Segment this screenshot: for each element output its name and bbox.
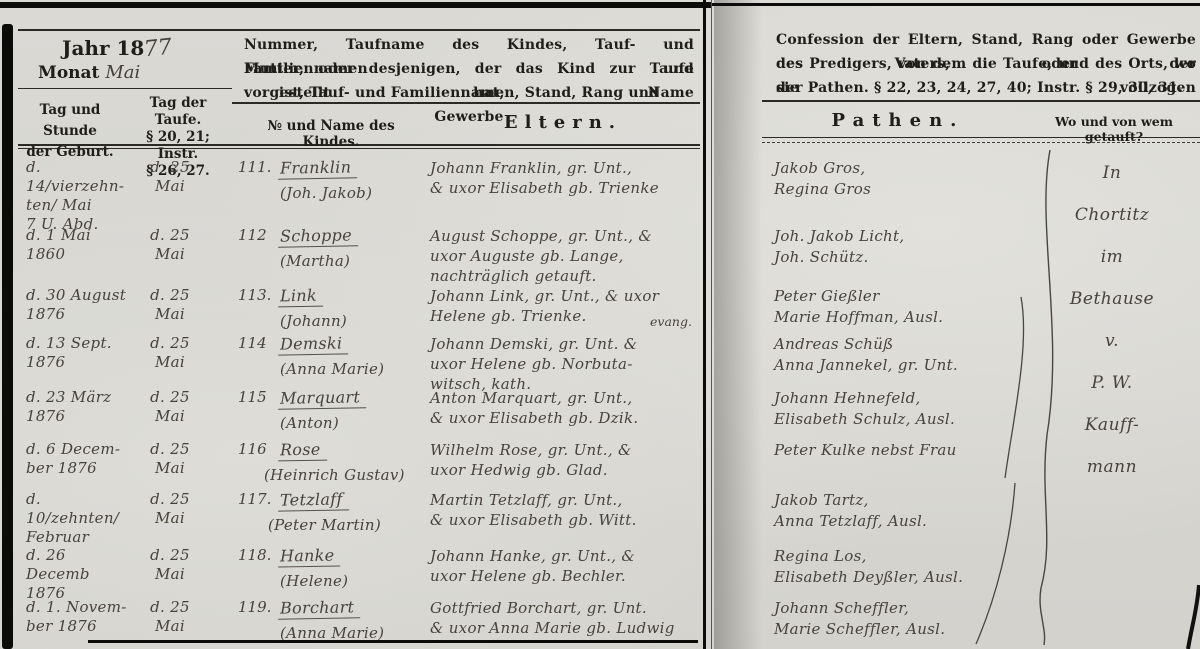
- birth-date: d. 1 Mai 1860: [26, 226, 130, 264]
- child-given-names: (Helene): [280, 572, 348, 591]
- child-given-names: (Johann): [280, 312, 347, 331]
- child-surname: Schoppe: [278, 225, 358, 247]
- baptism-date: d. 25 Mai: [134, 546, 206, 584]
- child-surname: Borchart: [278, 597, 361, 619]
- birth-date: d. 13 Sept. 1876: [26, 334, 130, 372]
- child-surname: Marquart: [278, 387, 366, 410]
- baptism-date: d. 25 Mai: [134, 440, 206, 478]
- child-name-column-header: № und Name des Kindes.: [240, 118, 422, 150]
- description-line: der Pathen. § 22, 23, 24, 27, 40; Instr.…: [776, 76, 1196, 100]
- parents-entry: Johann Franklin, gr. Unt., & uxor Elisab…: [430, 158, 702, 198]
- godparents-entry: Johann Scheffler, Marie Scheffler, Ausl.: [774, 598, 1026, 640]
- birth-date: d. 14/vierzehn- ten/ Mai 7 U. Abd.: [26, 158, 130, 234]
- year-label: Jahr 18: [62, 36, 144, 60]
- child-given-names: (Anton): [280, 414, 366, 433]
- description-line: Confession der Eltern, Stand, Rang oder …: [776, 28, 1196, 52]
- entry-number: 114: [238, 334, 270, 352]
- entry-number: 116: [238, 440, 270, 458]
- birth-date: d. 6 Decem- ber 1876: [26, 440, 130, 478]
- child-surname: Franklin: [278, 157, 358, 179]
- month-label: Monat: [38, 63, 99, 83]
- baptism-date: d. 25 Mai: [134, 388, 206, 426]
- description-line: Mutter, oder desjenigen, der das Kind zu…: [244, 57, 694, 81]
- where-baptized-column-header: Wo und von wem getauft?: [1032, 114, 1196, 144]
- child-name-entry: 116 Rose (Heinrich Gustav): [238, 440, 424, 485]
- child-given-names: (Heinrich Gustav): [264, 466, 405, 485]
- entry-number: 117.: [238, 490, 270, 508]
- rule: [18, 29, 700, 31]
- child-surname: Hanke: [278, 545, 341, 567]
- godparents-entry: Jakob Tartz, Anna Tetzlaff, Ausl.: [774, 490, 1026, 532]
- baptism-date: d. 25 Mai: [134, 490, 206, 528]
- scan-edge-left: [2, 24, 13, 649]
- child-name-entry: 117. Tetzlaff (Peter Martin): [238, 490, 424, 535]
- parents-entry: Johann Demski, gr. Unt. & uxor Helene gb…: [430, 334, 702, 394]
- binding-shadow: [714, 0, 762, 649]
- parents-entry: Gottfried Borchart, gr. Unt. & uxor Anna…: [430, 598, 702, 638]
- description-line: ist, Tauf- und Familiennamen, Stand, Ran…: [244, 81, 694, 105]
- godparents-entry: Joh. Jakob Licht, Joh. Schütz.: [774, 226, 1026, 268]
- child-surname: Rose: [278, 440, 327, 462]
- binding-line: [703, 0, 706, 649]
- child-name-entry: 111. Franklin (Joh. Jakob): [238, 158, 424, 203]
- parents-column-header: Eltern.: [430, 112, 696, 133]
- scan-edge-bottom-right: [1188, 585, 1199, 649]
- parents-entry: August Schoppe, gr. Unt., & uxor Auguste…: [430, 226, 702, 286]
- scan-edge-top: [0, 2, 712, 8]
- entry-number: 118.: [238, 546, 270, 564]
- godparents-entry: Regina Los, Elisabeth Deyßler, Ausl.: [774, 546, 1026, 588]
- godparents-entry: Peter Gießler Marie Hoffman, Ausl.: [774, 286, 1026, 328]
- godparents-entry: Andreas Schüß Anna Jannekel, gr. Unt.: [774, 334, 1026, 376]
- binding-line-2: [711, 0, 712, 649]
- godparents-entry: Peter Kulke nebst Frau: [774, 440, 1026, 461]
- child-surname: Link: [278, 286, 323, 308]
- entry-number: 115: [238, 388, 270, 406]
- birth-date: d. 30 August 1876: [26, 286, 130, 324]
- child-given-names: (Anna Marie): [280, 360, 384, 379]
- description-line: Nummer, Taufname des Kindes, Tauf- und F…: [244, 33, 694, 57]
- child-name-entry: 113. Link (Johann): [238, 286, 424, 331]
- entry-number: 111.: [238, 158, 270, 176]
- child-given-names: (Peter Martin): [268, 516, 381, 535]
- baptism-date: d. 25 Mai: [134, 286, 206, 324]
- parents-entry: Wilhelm Rose, gr. Unt., & uxor Hedwig gb…: [430, 440, 702, 480]
- baptism-date: d. 25 Mai: [134, 334, 206, 372]
- child-name-entry: 115 Marquart (Anton): [238, 388, 424, 433]
- evang-annotation: evang.: [650, 314, 692, 329]
- birth-column-header: Tag und Stunde der Geburt.: [20, 100, 120, 163]
- year-line: Jahr 1877: [62, 36, 172, 61]
- baptism-date: d. 25 Mai: [134, 226, 206, 264]
- baptism-date: d. 25 Mai: [134, 158, 206, 196]
- child-name-entry: 112 Schoppe (Martha): [238, 226, 424, 271]
- left-page-description: Nummer, Taufname des Kindes, Tauf- und F…: [244, 33, 694, 105]
- rule: [18, 88, 232, 89]
- birth-date: d. 23 März 1876: [26, 388, 130, 426]
- godparents-entry: Johann Hehnefeld, Elisabeth Schulz, Ausl…: [774, 388, 1026, 430]
- godparents-column-header: Pathen.: [770, 110, 1026, 131]
- child-name-entry: 114 Demski (Anna Marie): [238, 334, 424, 379]
- parents-entry: Martin Tetzlaff, gr. Unt., & uxor Elisab…: [430, 490, 702, 530]
- parents-entry: Anton Marquart, gr. Unt., & uxor Elisabe…: [430, 388, 702, 428]
- birth-date: d. 10/zehnten/ Februar: [26, 490, 130, 547]
- where-baptized-note: In Chortitz im Bethause v. P. W. Kauff- …: [1042, 152, 1182, 488]
- year-value: 77: [143, 35, 173, 63]
- child-given-names: (Anna Marie): [280, 624, 384, 643]
- right-page-description: Confession der Eltern, Stand, Rang oder …: [776, 28, 1196, 100]
- entry-number: 112: [238, 226, 270, 244]
- child-surname: Demski: [278, 333, 349, 355]
- register-scan: Jahr 1877 Monat Mai Tag und Stunde der G…: [0, 0, 1200, 649]
- godparents-entry: Jakob Gros, Regina Gros: [774, 158, 1026, 200]
- rule: [762, 100, 1200, 102]
- birth-date: d. 1. Novem- ber 1876: [26, 598, 130, 636]
- parents-entry: Johann Hanke, gr. Unt., & uxor Helene gb…: [430, 546, 702, 586]
- child-name-entry: 119. Borchart (Anna Marie): [238, 598, 424, 643]
- child-surname: Tetzlaff: [278, 489, 349, 511]
- baptism-date: d. 25 Mai: [134, 598, 206, 636]
- child-given-names: (Martha): [280, 252, 358, 271]
- month-value: Mai: [105, 62, 140, 83]
- child-given-names: (Joh. Jakob): [280, 184, 372, 203]
- entry-number: 113.: [238, 286, 270, 304]
- month-line: Monat Mai: [38, 62, 140, 83]
- entry-number: 119.: [238, 598, 270, 616]
- child-name-entry: 118. Hanke (Helene): [238, 546, 424, 591]
- scan-edge-top-right: [705, 3, 1200, 6]
- birth-date: d. 26 Decemb 1876: [26, 546, 130, 603]
- description-line: des Predigers, von dem die Taufe, und de…: [776, 52, 1196, 76]
